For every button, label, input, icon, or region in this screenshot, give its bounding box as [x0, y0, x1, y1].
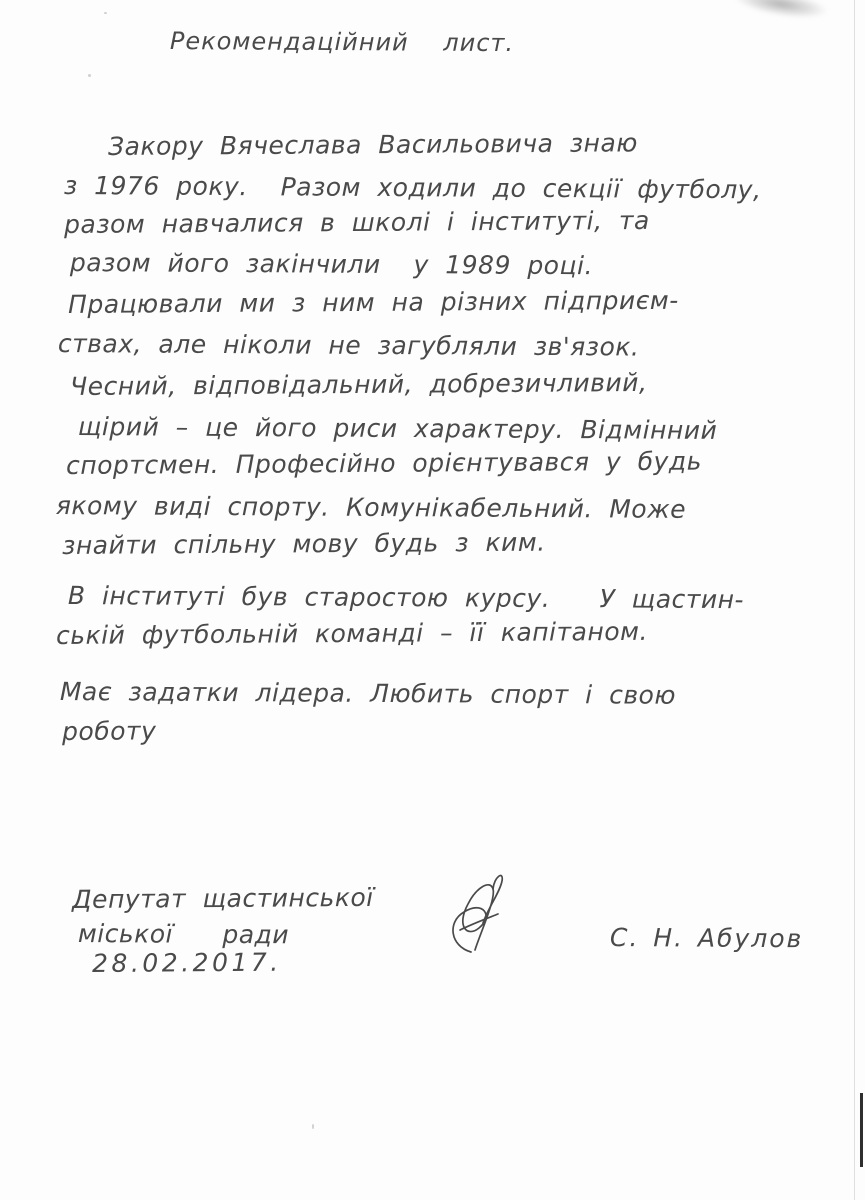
scan-smudge-artifact [732, 0, 831, 23]
signer-name: С. Н. Абулов [610, 924, 804, 953]
body-line-2: з 1976 року. Разом ходили до секції футб… [64, 172, 762, 204]
body-line-3: разом навчалися в школі і інституті, та [64, 207, 650, 239]
body-line-9: спортсмен. Професійно орієнтувався у буд… [66, 448, 702, 480]
scan-speck-artifact [104, 12, 107, 14]
signature [438, 866, 528, 956]
body-line-15: роботу [62, 717, 156, 745]
body-line-6: ствах, але ніколи не загубляли зв'язок. [58, 330, 640, 361]
body-line-10: якому виді спорту. Комунікабельний. Може [56, 492, 686, 523]
scan-speck-artifact [312, 1124, 314, 1129]
scanned-letter-page: Рекомендаційний лист. Закору Вячеслава В… [0, 0, 865, 1200]
letter-title: Рекомендаційний лист. [170, 28, 514, 56]
scan-edge-line-artifact [854, 0, 855, 1200]
body-line-5: Працювали ми з ним на різних підприєм- [68, 287, 679, 319]
body-line-7: Чесний, відповідальний, добрезичливий, [70, 369, 647, 401]
body-line-12: В інституті був старостою курсу. У щасти… [68, 582, 744, 614]
body-line-13: ській футбольній команді – її капітаном. [56, 618, 648, 650]
body-line-1: Закору Вячеслава Васильовича знаю [108, 129, 638, 160]
footer-position-line-2: міської ради [78, 920, 289, 949]
scan-edge-mark-artifact [860, 1093, 863, 1167]
footer-date: 28.02.2017. [92, 949, 282, 978]
scan-speck-artifact [88, 74, 91, 77]
body-line-14: Має задатки лідера. Любить спорт і свою [60, 678, 676, 709]
body-line-11: знайти спільну мову будь з ким. [62, 529, 546, 560]
body-line-4: разом його закінчили у 1989 році. [70, 249, 593, 280]
footer-position-line-1: Депутат щастинської [72, 884, 374, 914]
body-line-8: щірий – це його риси характеру. Відмінни… [78, 413, 718, 444]
